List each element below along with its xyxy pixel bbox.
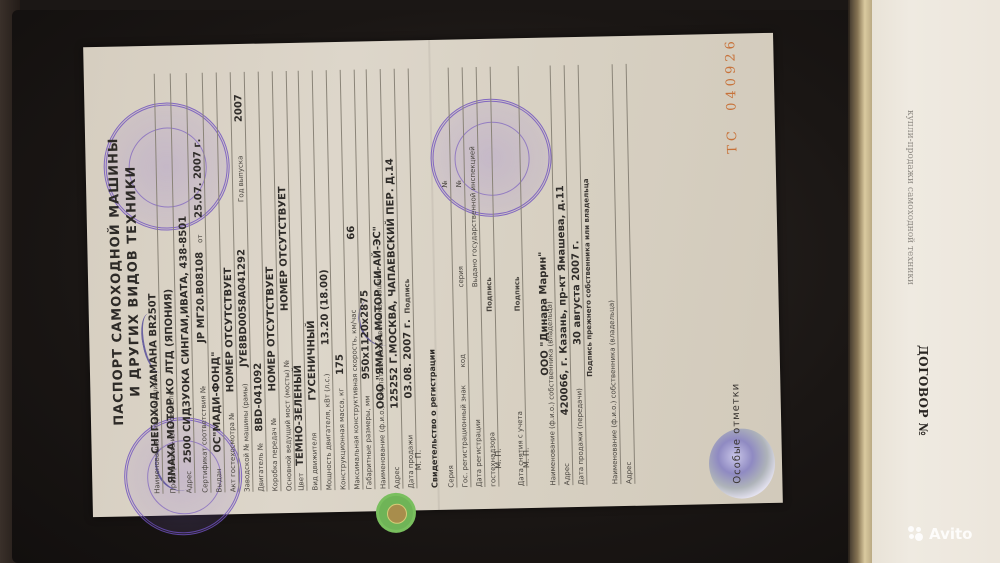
stamp-place-label: М. П. (522, 447, 531, 468)
contract-title: ДОГОВОР № (916, 345, 930, 436)
field-row: Дата снятия с учетаПодпись (504, 66, 528, 486)
plastic-sleeve-edge (848, 0, 872, 563)
contract-page (850, 0, 1000, 563)
avito-logo-icon (908, 526, 924, 542)
avito-text: Avito (929, 525, 972, 543)
registration-heading: Свидетельство о регистрации (428, 349, 440, 488)
document-title: ПАСПОРТ САМОХОДНОЙ МАШИНЫ И ДРУГИХ ВИДОВ… (105, 116, 146, 447)
special-marks-label: Особые отметки (730, 383, 743, 484)
contract-subtitle: купли-продажи самоходной техники (905, 110, 915, 285)
avito-watermark: Avito (908, 525, 972, 543)
stamp-place-label: М. П. (494, 448, 503, 469)
passport-content: ПАСПОРТ САМОХОДНОЙ МАШИНЫ И ДРУГИХ ВИДОВ… (83, 33, 783, 517)
stamp-place-label: М. П. (414, 450, 423, 471)
vehicle-passport: ПАСПОРТ САМОХОДНОЙ МАШИНЫ И ДРУГИХ ВИДОВ… (83, 33, 783, 517)
serial-number: ТС 040926 (723, 37, 740, 154)
